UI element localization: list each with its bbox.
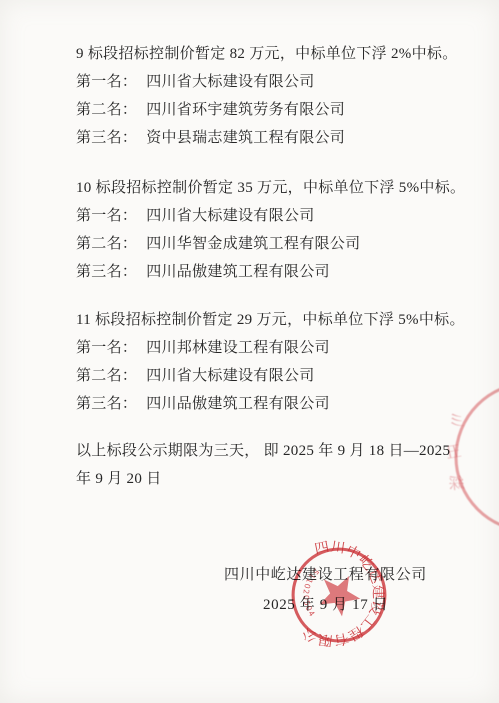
bid-section-10: 10 标段招标控制价暂定 35 万元，中标单位下浮 5%中标。 第一名：四川省大… — [76, 174, 465, 286]
rank-row: 第三名：四川品傲建筑工程有限公司 — [76, 258, 465, 286]
company-name: 四川邦林建设工程有限公司 — [146, 340, 330, 356]
company-name: 四川品傲建筑工程有限公司 — [146, 264, 330, 280]
rank-label: 第一名： — [76, 74, 137, 90]
document-page: 9 标段招标控制价暂定 82 万元，中标单位下浮 2%中标。 第一名：四川省大标… — [0, 0, 499, 703]
rank-row: 第一名：四川省大标建设有限公司 — [76, 68, 458, 96]
rank-row: 第三名：资中县瑞志建筑工程有限公司 — [76, 124, 458, 152]
notice-line-1: 以上标段公示期限为三天， 即 2025 年 9 月 18 日—2025 — [76, 437, 450, 465]
company-name: 四川省大标建设有限公司 — [146, 208, 314, 224]
rank-row: 第二名：四川华智金成建筑工程有限公司 — [76, 230, 465, 258]
rank-label: 第三名： — [76, 130, 137, 146]
rank-row: 第二名：四川省环宇建筑劳务有限公司 — [76, 96, 458, 124]
rank-label: 第二名： — [76, 368, 137, 384]
publicity-period-notice: 以上标段公示期限为三天， 即 2025 年 9 月 18 日—2025 年 9 … — [76, 437, 450, 493]
company-name: 四川省大标建设有限公司 — [146, 368, 314, 384]
company-name: 四川省大标建设有限公司 — [146, 74, 314, 90]
company-name: 四川品傲建筑工程有限公司 — [146, 396, 330, 412]
company-name: 资中县瑞志建筑工程有限公司 — [146, 130, 345, 146]
rank-label: 第三名： — [76, 396, 137, 412]
signature-company: 四川中屹达建设工程有限公司 — [224, 562, 427, 588]
notice-line-2: 年 9 月 20 日 — [76, 465, 450, 493]
bid-section-header: 9 标段招标控制价暂定 82 万元，中标单位下浮 2%中标。 — [76, 40, 458, 68]
rank-label: 第二名： — [76, 102, 137, 118]
rank-row: 第二名：四川省大标建设有限公司 — [76, 362, 465, 390]
rank-label: 第一名： — [76, 340, 137, 356]
company-name: 四川省环宇建筑劳务有限公司 — [146, 102, 345, 118]
rank-label: 第一名： — [76, 208, 137, 224]
bid-section-header: 10 标段招标控制价暂定 35 万元，中标单位下浮 5%中标。 — [76, 174, 465, 202]
svg-text:綵: 綵 — [448, 474, 465, 494]
rank-row: 第一名：四川省大标建设有限公司 — [76, 202, 465, 230]
bid-section-11: 11 标段招标控制价暂定 29 万元，中标单位下浮 5%中标。 第一名：四川邦林… — [76, 306, 465, 418]
rank-label: 第三名： — [76, 264, 137, 280]
bid-section-9: 9 标段招标控制价暂定 82 万元，中标单位下浮 2%中标。 第一名：四川省大标… — [76, 40, 458, 152]
rank-label: 第二名： — [76, 236, 137, 252]
signature-date: 2025 年 9 月 17 日 — [263, 592, 388, 618]
rank-row: 第一名：四川邦林建设工程有限公司 — [76, 334, 465, 362]
edge-seal-char: 綵 — [448, 474, 465, 494]
bid-section-header: 11 标段招标控制价暂定 29 万元，中标单位下浮 5%中标。 — [76, 306, 465, 334]
rank-row: 第三名：四川品傲建筑工程有限公司 — [76, 390, 465, 418]
company-name: 四川华智金成建筑工程有限公司 — [146, 236, 360, 252]
